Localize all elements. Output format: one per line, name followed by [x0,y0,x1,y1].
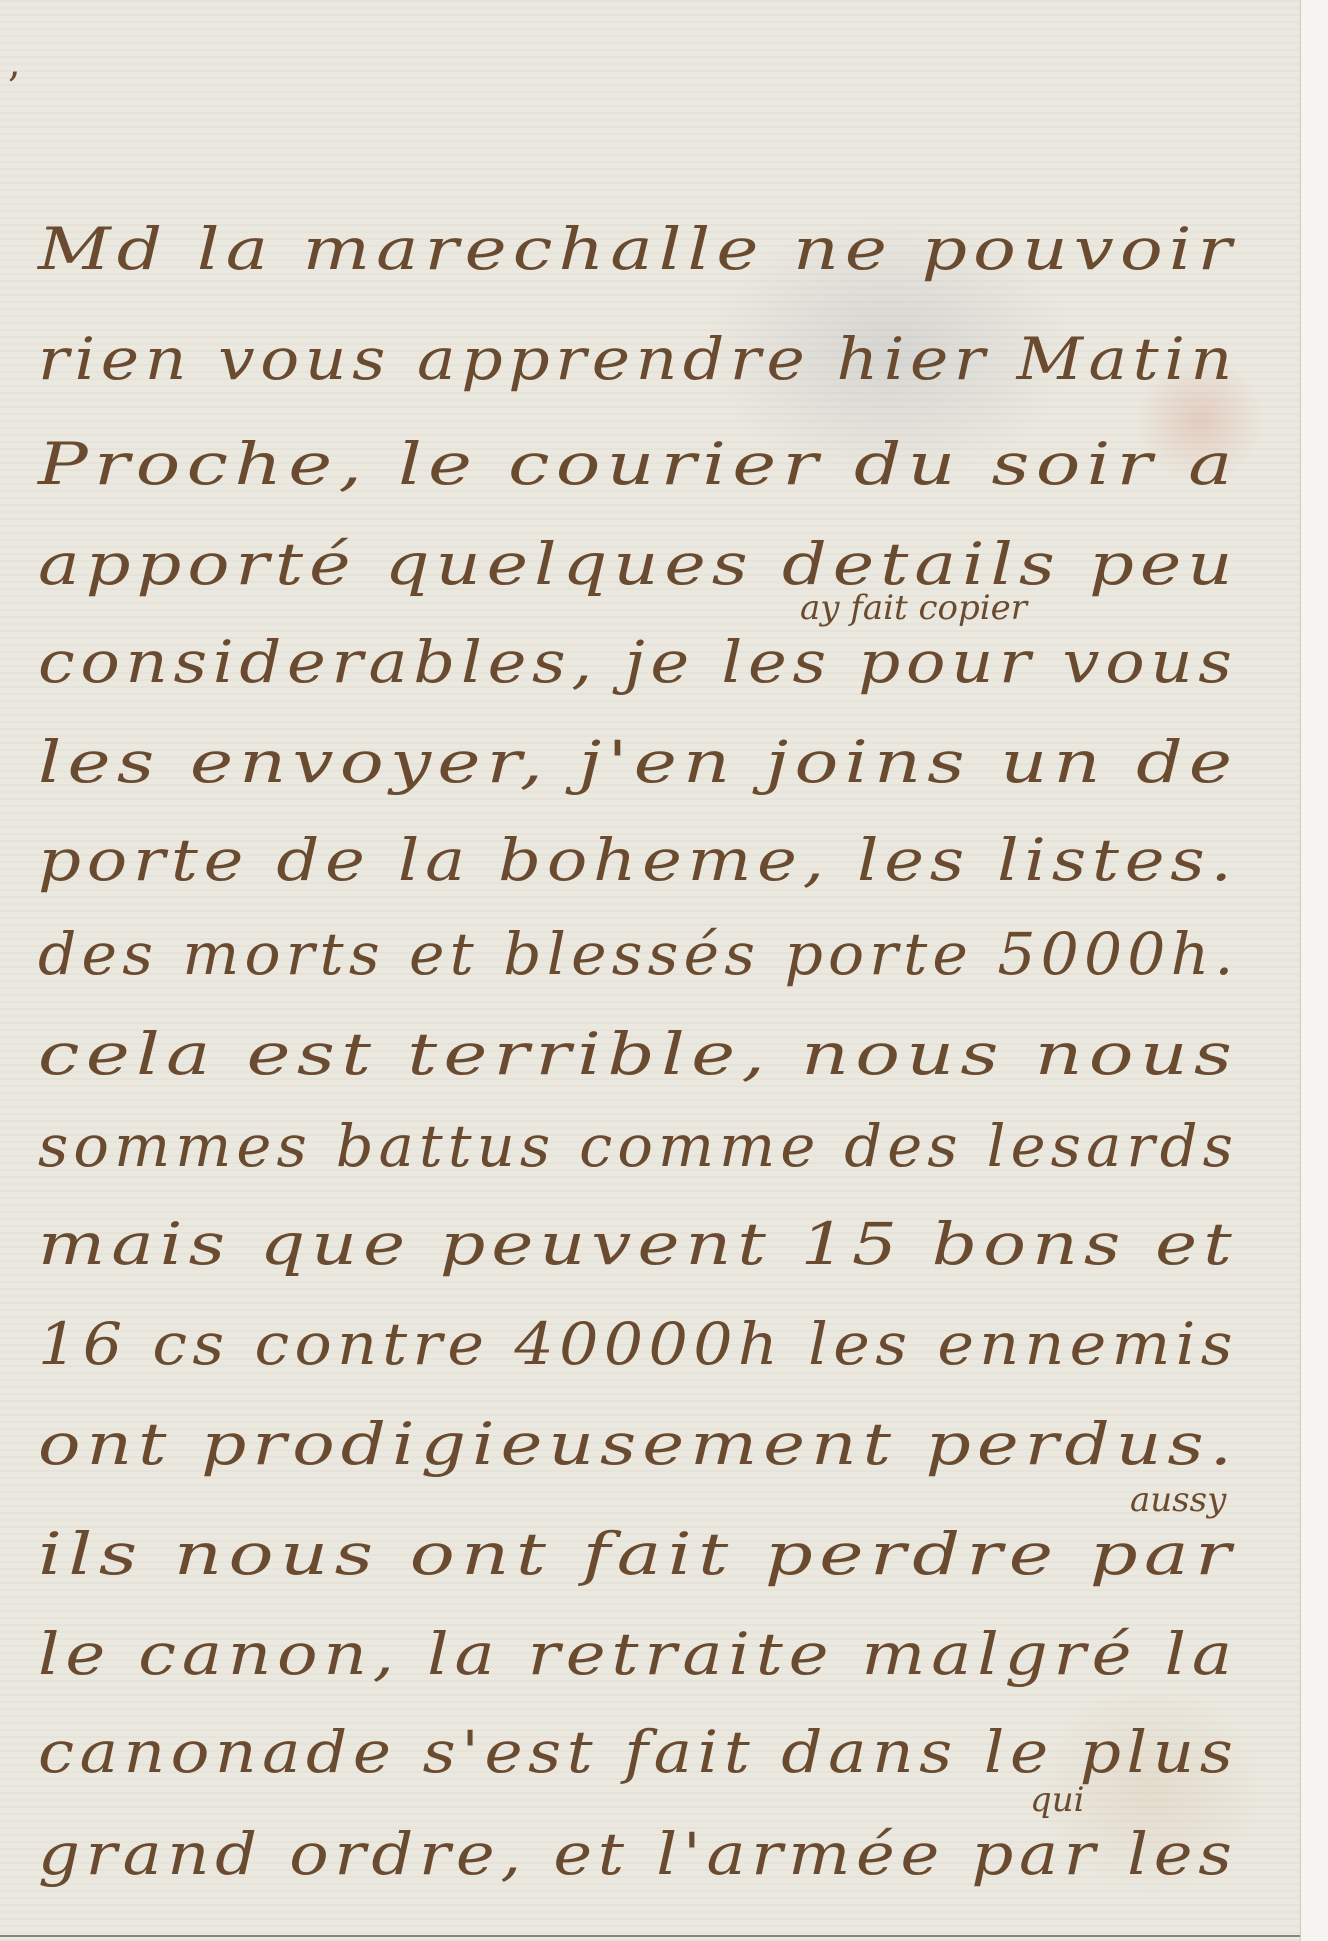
letter-line-8: des morts et blessés porte 5000h. [38,920,1239,988]
letter-line-12: 16 cs contre 40000h les ennemis [38,1310,1238,1378]
letter-line-9: cela est terrible, nous nous [38,1020,1238,1088]
letter-line-6: les envoyer, j'en joins un de [38,728,1238,796]
letter-line-11: mais que peuvent 15 bons et [38,1210,1238,1278]
insertion-aussy: aussy [1130,1480,1226,1520]
margin-mark: , [8,40,21,86]
letter-line-14: ils nous ont fait perdre par [38,1520,1237,1588]
letter-line-2: rien vous apprendre hier Matin [38,325,1238,393]
letter-line-1: Md la marechalle ne pouvoir [38,215,1238,283]
page-margin-edge [1300,0,1328,1941]
letter-line-3: Proche, le courier du soir a [38,430,1239,498]
page-bottom-edge [0,1935,1300,1937]
letter-line-16: canonade s'est fait dans le plus [38,1718,1238,1786]
letter-line-17: grand ordre, et l'armée par les [38,1820,1238,1888]
letter-line-10: sommes battus comme des lesards [38,1112,1238,1180]
letter-line-15: le canon, la retraite malgré la [38,1620,1238,1688]
insertion-ay-fait-copier: ay fait copier [800,588,1027,628]
letter-line-4: apporté quelques details peu [38,530,1238,598]
letter-line-13: ont prodigieusement perdus. [38,1410,1238,1478]
insertion-qui: qui [1030,1780,1085,1820]
letter-line-5: considerables, je les pour vous [38,628,1238,696]
letter-line-7: porte de la boheme, les listes. [38,826,1238,894]
